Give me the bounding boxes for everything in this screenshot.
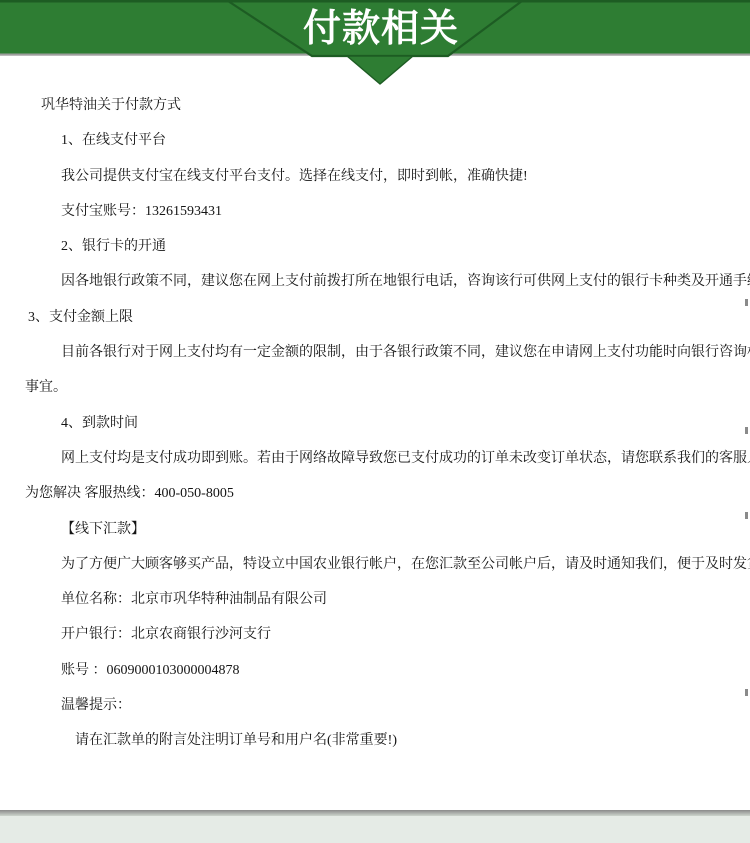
content-line-item1-body: 我公司提供支付宝在线支付平台支付。选择在线支付，即时到帐，准确快捷! <box>25 159 748 194</box>
edge-artifact <box>745 299 748 306</box>
content-line-item3-body-wrap: 事宜。 <box>25 370 748 405</box>
content-line-hotline: 为您解决 客服热线：400-050-8005 <box>25 476 748 511</box>
content-line-company-name: 单位名称：北京市巩华特种油制品有限公司 <box>25 582 748 617</box>
ribbon-pointer-triangle <box>347 56 413 84</box>
content-line-tips-heading: 温馨提示： <box>25 688 748 723</box>
content-line-item1-heading: 1、在线支付平台 <box>25 123 748 158</box>
ribbon-top-border <box>0 0 750 3</box>
payment-info-section: 付款相关 巩华特油关于付款方式 1、在线支付平台 我公司提供支付宝在线支付平台支… <box>0 0 750 843</box>
content-line-bank-name: 开户银行：北京农商银行沙河支行 <box>25 617 748 652</box>
content-line-item4-body: 网上支付均是支付成功即到账。若由于网络故障导致您已支付成功的订单未改变订单状态，… <box>25 441 748 476</box>
content-line-item3-body: 目前各银行对于网上支付均有一定金额的限制，由于各银行政策不同，建议您在申请网上支… <box>25 335 748 370</box>
content-line-item3-heading: 3、支付金额上限 <box>25 300 748 335</box>
content-line-item2-body: 因各地银行政策不同，建议您在网上支付前拨打所在地银行电话，咨询该行可供网上支付的… <box>25 264 748 299</box>
content-line-item4-heading: 4、到款时间 <box>25 406 748 441</box>
edge-artifact <box>745 427 748 434</box>
payment-text-block: 巩华特油关于付款方式 1、在线支付平台 我公司提供支付宝在线支付平台支付。选择在… <box>25 88 748 759</box>
banner-title: 付款相关 <box>296 5 466 53</box>
edge-artifact <box>745 689 748 696</box>
page-background-strip <box>0 816 750 843</box>
content-line-item2-heading: 2、银行卡的开通 <box>25 229 748 264</box>
content-line-intro: 巩华特油关于付款方式 <box>25 88 748 123</box>
edge-artifact <box>745 512 748 519</box>
content-line-tips-body: 请在汇款单的附言处注明订单号和用户名(非常重要!) <box>25 723 748 758</box>
content-line-bank-account: 账号 ：0609000103000004878 <box>25 653 748 688</box>
content-line-alipay-account: 支付宝账号：13261593431 <box>25 194 748 229</box>
content-line-offline-body: 为了方便广大顾客够买产品，特设立中国农业银行帐户，在您汇款至公司帐户后，请及时通… <box>25 547 748 582</box>
content-line-offline-heading: 【线下汇款】 <box>25 512 748 547</box>
